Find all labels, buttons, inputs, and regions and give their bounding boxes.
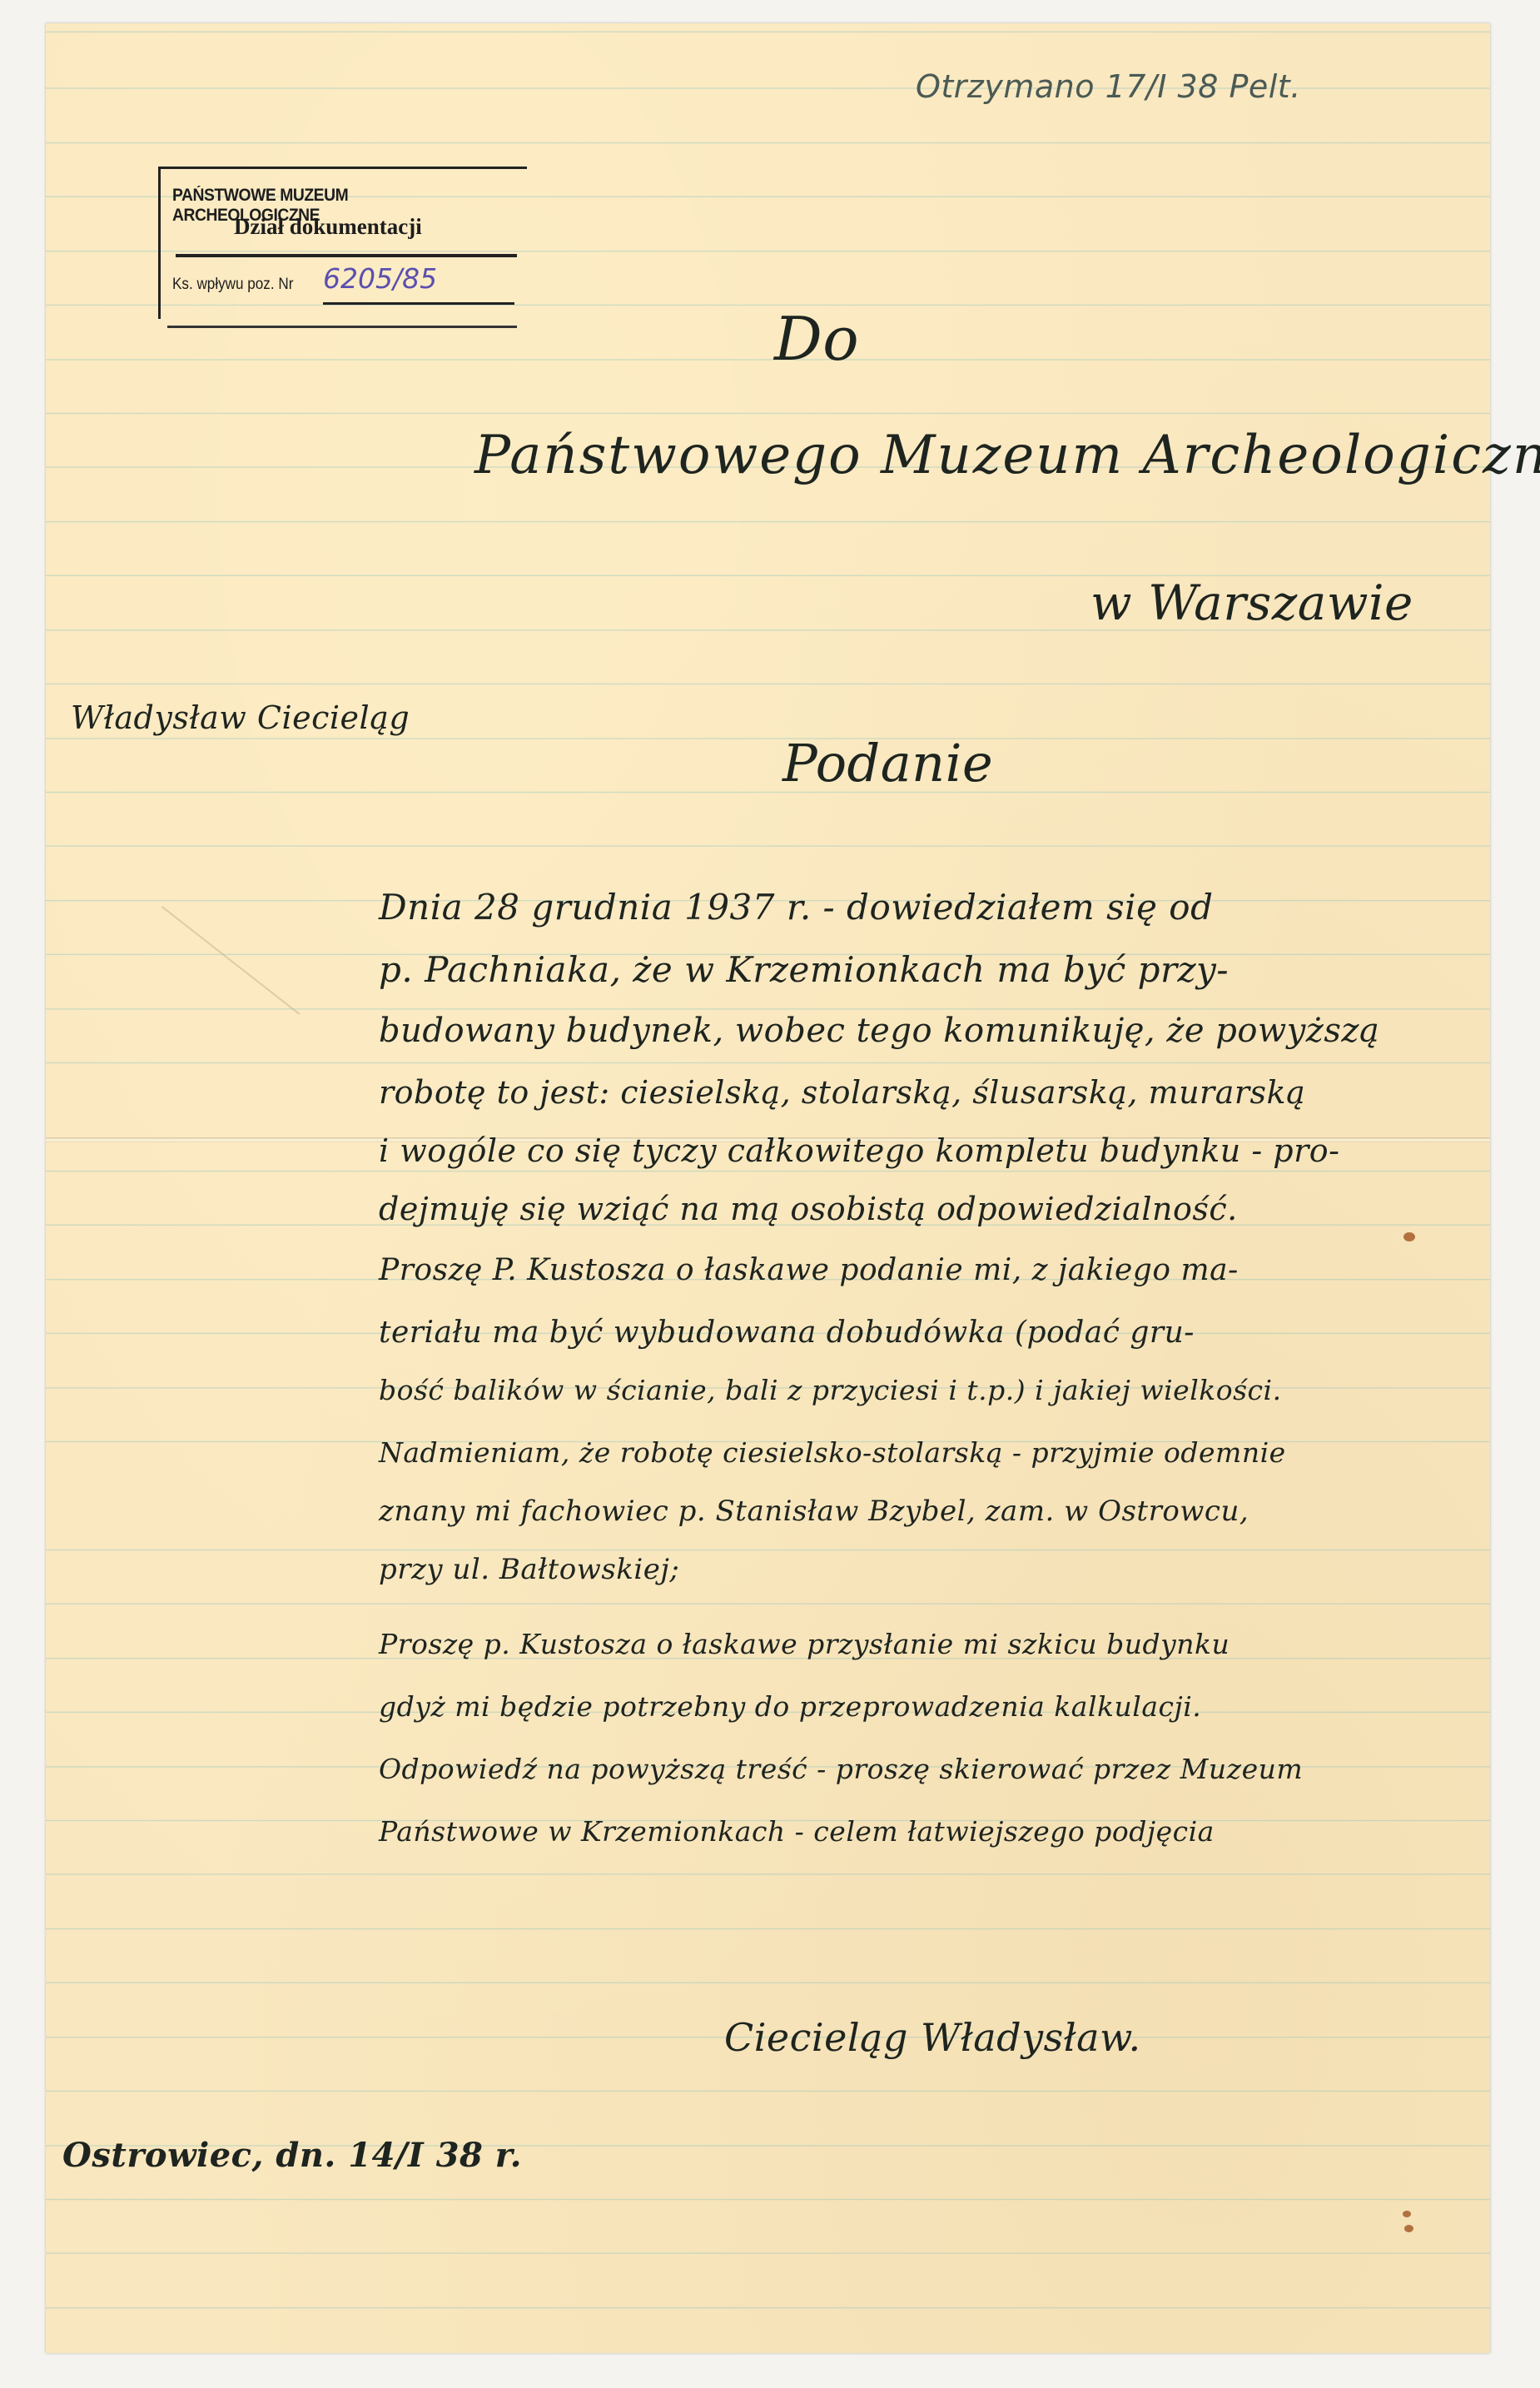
addressee-to: Do [774, 304, 859, 374]
body-line: p. Pachniaka, że w Krzemionkach ma być p… [379, 949, 1229, 990]
letter-title: Podanie [782, 733, 993, 794]
received-note: Otrzymano 17/I 38 Pelt. [916, 68, 1301, 105]
sender-name: Władysław Ciecieląg [71, 699, 410, 736]
signature: Ciecieląg Władysław. [724, 2015, 1141, 2060]
stamp-bottom-rule [167, 326, 517, 328]
ink-stain [1403, 1232, 1415, 1241]
body-line: bość balików w ścianie, bali z przyciesi… [379, 1374, 1282, 1406]
body-line: gdyż mi będzie potrzebny do przeprowadze… [379, 1690, 1201, 1723]
addressee-city: w Warszawie [1090, 575, 1413, 631]
stamp-department: Dział dokumentacji [234, 214, 422, 240]
stamp-register-number: 6205/85 [323, 262, 437, 295]
body-line: Odpowiedź na powyższą treść - proszę ski… [379, 1753, 1303, 1785]
ruled-lines [46, 23, 1490, 2353]
stamp-divider [176, 254, 517, 257]
body-line: przy ul. Bałtowskiej; [379, 1553, 679, 1586]
body-line: Państwowe w Krzemionkach - celem łatwiej… [379, 1815, 1215, 1848]
body-line: Dnia 28 grudnia 1937 r. - dowiedziałem s… [379, 887, 1213, 928]
ink-stain [1404, 2225, 1413, 2232]
place-date: Ostrowiec, dn. 14/I 38 r. [62, 2136, 522, 2175]
ink-stain [1403, 2211, 1411, 2217]
body-line: teriału ma być wybudowana dobudówka (pod… [379, 1316, 1195, 1350]
body-line: robotę to jest: ciesielską, stolarską, ś… [379, 1074, 1305, 1111]
body-line: Proszę P. Kustosza o łaskawe podanie mi,… [379, 1253, 1239, 1287]
body-line: budowany budynek, wobec tego komunikuję,… [379, 1012, 1379, 1050]
body-line: i wogóle co się tyczy całkowitego komple… [379, 1132, 1340, 1169]
addressee-institution: Państwowego Muzeum Archeologicznego [474, 425, 1540, 486]
archive-stamp: PAŃSTWOWE MUZEUM ARCHEOLOGICZNE Dział do… [158, 167, 527, 319]
stamp-register-label: Ks. wpływu poz. Nr [172, 276, 293, 294]
body-line: dejmuję się wziąć na mą osobistą odpowie… [379, 1191, 1238, 1227]
stamp-number-underline [323, 302, 514, 305]
body-line: Nadmieniam, że robotę ciesielsko-stolars… [379, 1436, 1286, 1469]
body-line: znany mi fachowiec p. Stanisław Bzybel, … [379, 1495, 1249, 1528]
body-line: Proszę p. Kustosza o łaskawe przysłanie … [379, 1628, 1230, 1660]
letter-page [46, 23, 1490, 2353]
